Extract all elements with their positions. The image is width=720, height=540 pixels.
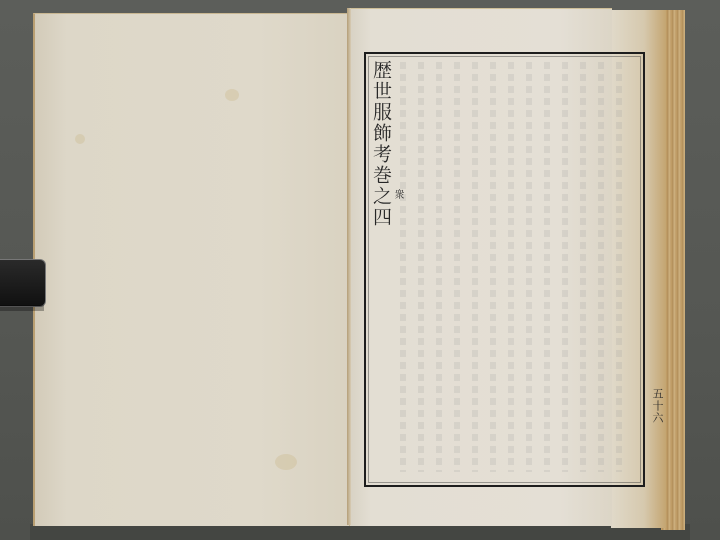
show-through-text bbox=[436, 62, 442, 472]
foxing-spot bbox=[225, 89, 239, 101]
book-shadow bbox=[30, 524, 690, 540]
show-through-text bbox=[562, 62, 568, 472]
book-gutter bbox=[347, 8, 351, 525]
book-stand-clip bbox=[0, 259, 46, 307]
chapter-subtitle: 衆 bbox=[390, 189, 405, 199]
show-through-text bbox=[580, 62, 586, 472]
chapter-title: 歴世服飾考巻之四 bbox=[370, 60, 392, 228]
stand-shadow bbox=[0, 305, 44, 311]
show-through-text bbox=[508, 62, 514, 472]
show-through-text bbox=[526, 62, 532, 472]
page-number: 五十六 bbox=[649, 388, 665, 424]
show-through-text bbox=[400, 62, 406, 472]
foxing-spot bbox=[75, 134, 85, 144]
show-through-text bbox=[616, 62, 622, 472]
left-page-blank bbox=[33, 13, 353, 526]
show-through-text bbox=[490, 62, 496, 472]
show-through-text bbox=[418, 62, 424, 472]
show-through-text bbox=[472, 62, 478, 472]
show-through-text bbox=[544, 62, 550, 472]
show-through-text bbox=[598, 62, 604, 472]
show-through-text bbox=[454, 62, 460, 472]
foxing-spot bbox=[275, 454, 297, 470]
